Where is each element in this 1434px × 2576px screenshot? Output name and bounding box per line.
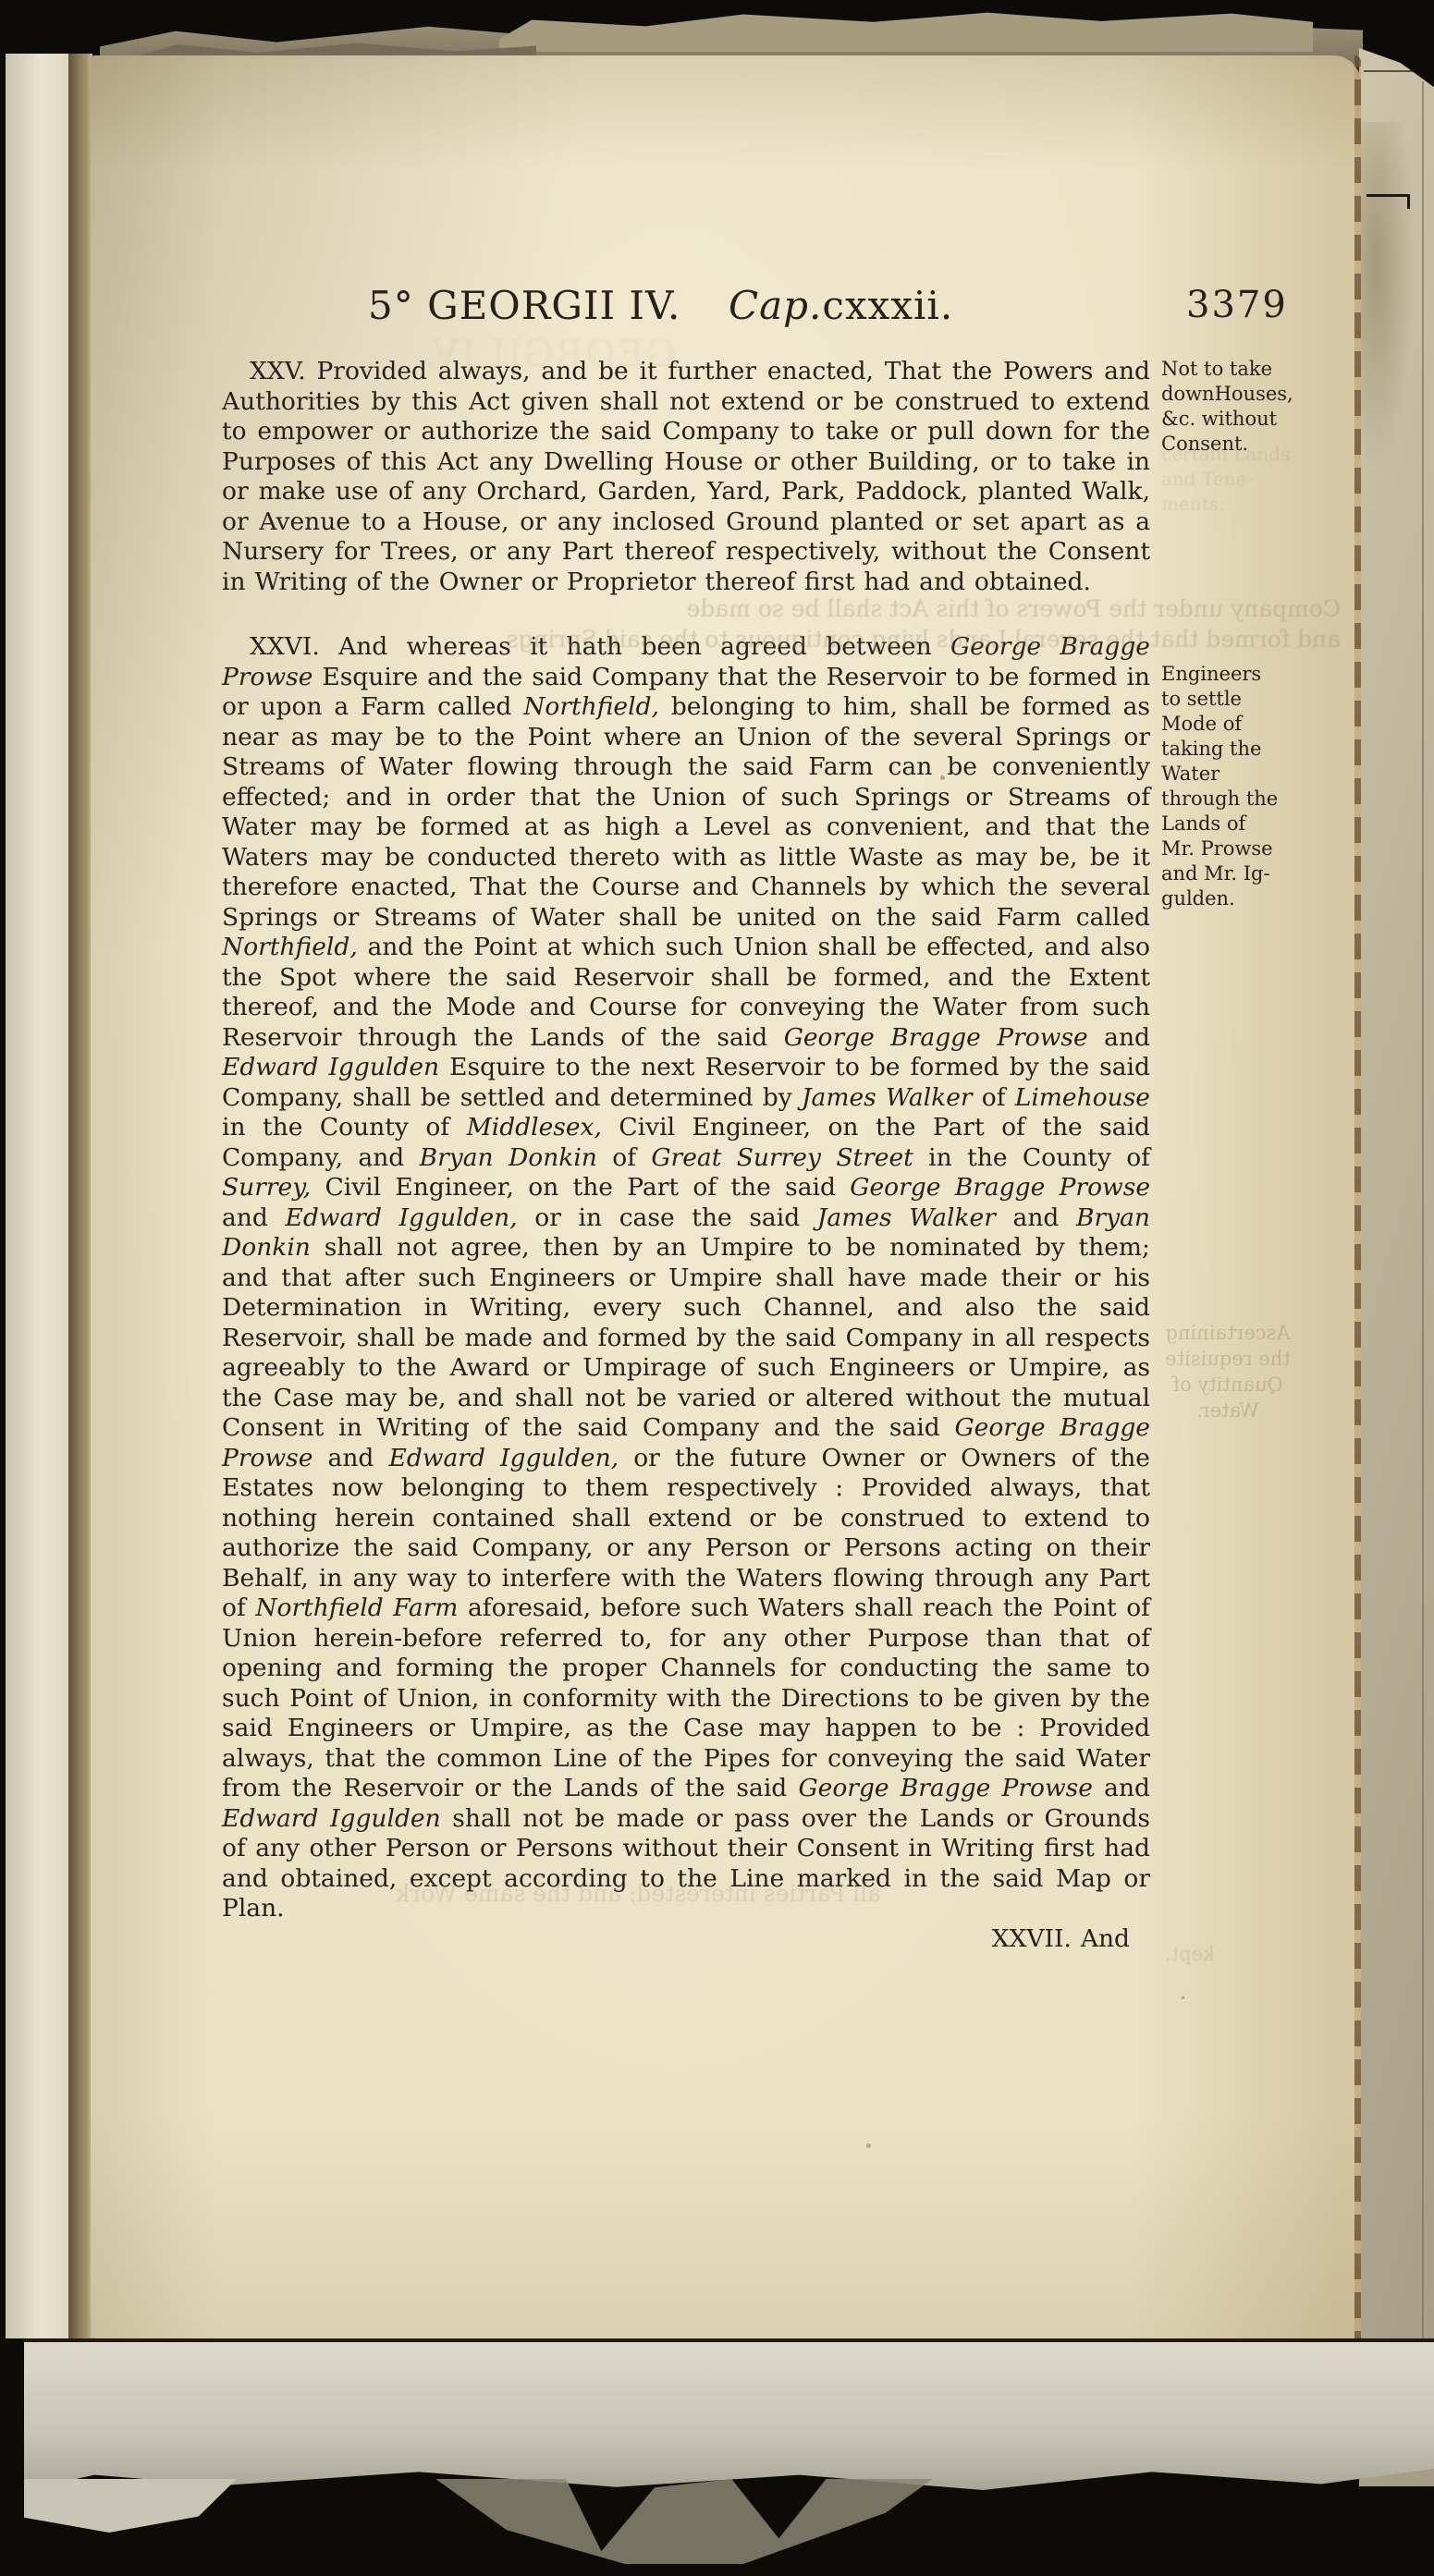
- page-fore-edge: [1354, 55, 1361, 2338]
- underlying-page-right-edge: [1359, 48, 1434, 2486]
- section-xxv-paragraph: XXV. Provided always, and be it further …: [222, 357, 1150, 597]
- chapter-label: Cap.: [729, 283, 822, 328]
- regnal-year: 5° GEORGII IV.: [368, 285, 680, 327]
- facing-page-edge: [6, 54, 70, 2338]
- underlying-page-bottom: [24, 2338, 1434, 2490]
- bottom-torn-piece-left: [24, 2479, 237, 2533]
- bottom-torn-pieces: [388, 2479, 980, 2564]
- catchword: XXVII. And: [222, 1924, 1150, 1955]
- running-head: 5° GEORGII IV. Cap.cxxxii. 3379: [91, 285, 1361, 340]
- margin-note-xxv: Not to takedownHouses,&c. withoutConsent…: [1161, 357, 1346, 457]
- bleedthrough-kept: kept.: [1165, 1943, 1215, 1965]
- book-gutter: [68, 54, 92, 2338]
- chapter-reference: Cap.cxxxii.: [729, 285, 953, 327]
- ink-mark-tick: [1407, 194, 1410, 209]
- chapter-number: cxxxii.: [822, 283, 953, 328]
- section-xxvi-paragraph: XXVI. And whereas it hath been agreed be…: [222, 632, 1150, 1924]
- torn-page-edges-top-right: [499, 9, 1313, 52]
- ink-mark-horizontal: [1367, 194, 1409, 197]
- ink-mark-top: [1364, 70, 1430, 72]
- book-page: GEORGII IV. 5° GEORGII IV. Cap.cxxxii. 3…: [91, 55, 1361, 2338]
- page-edge-line: [1422, 81, 1424, 2448]
- act-text-block: XXV. Provided always, and be it further …: [222, 357, 1150, 1954]
- bleedthrough-margin-note-lower: Ascertainingthe requisiteQuantity ofWate…: [1154, 1320, 1302, 1423]
- page-number: 3379: [1186, 285, 1288, 325]
- photograph-background: { "header": { "regnal": "5° GEORGII IV."…: [0, 0, 1434, 2576]
- margin-note-xxvi: Engineersto settleMode oftaking theWater…: [1161, 662, 1346, 911]
- stain-smudge: [1359, 122, 1415, 473]
